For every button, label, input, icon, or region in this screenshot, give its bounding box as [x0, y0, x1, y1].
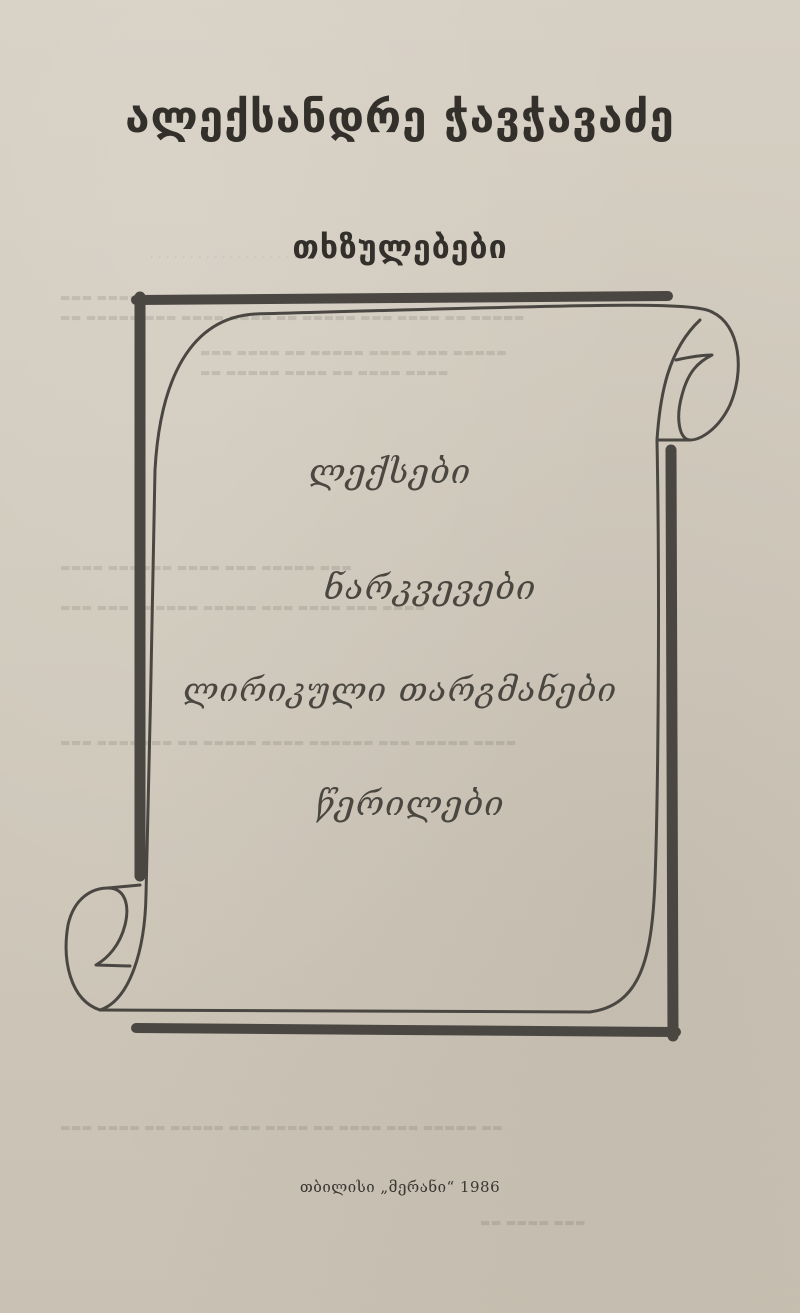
- contents-item-letters: წერილები: [10, 784, 800, 824]
- scroll-frame-illustration: [0, 0, 800, 1313]
- contents-item-lyric-translations: ლირიკული თარგმანები: [0, 670, 800, 709]
- contents-item-poems: ლექსები: [0, 452, 790, 492]
- publisher-imprint: თბილისი „მერანი“ 1986: [0, 1178, 800, 1196]
- contents-item-essays: ნარკვევები: [30, 568, 800, 608]
